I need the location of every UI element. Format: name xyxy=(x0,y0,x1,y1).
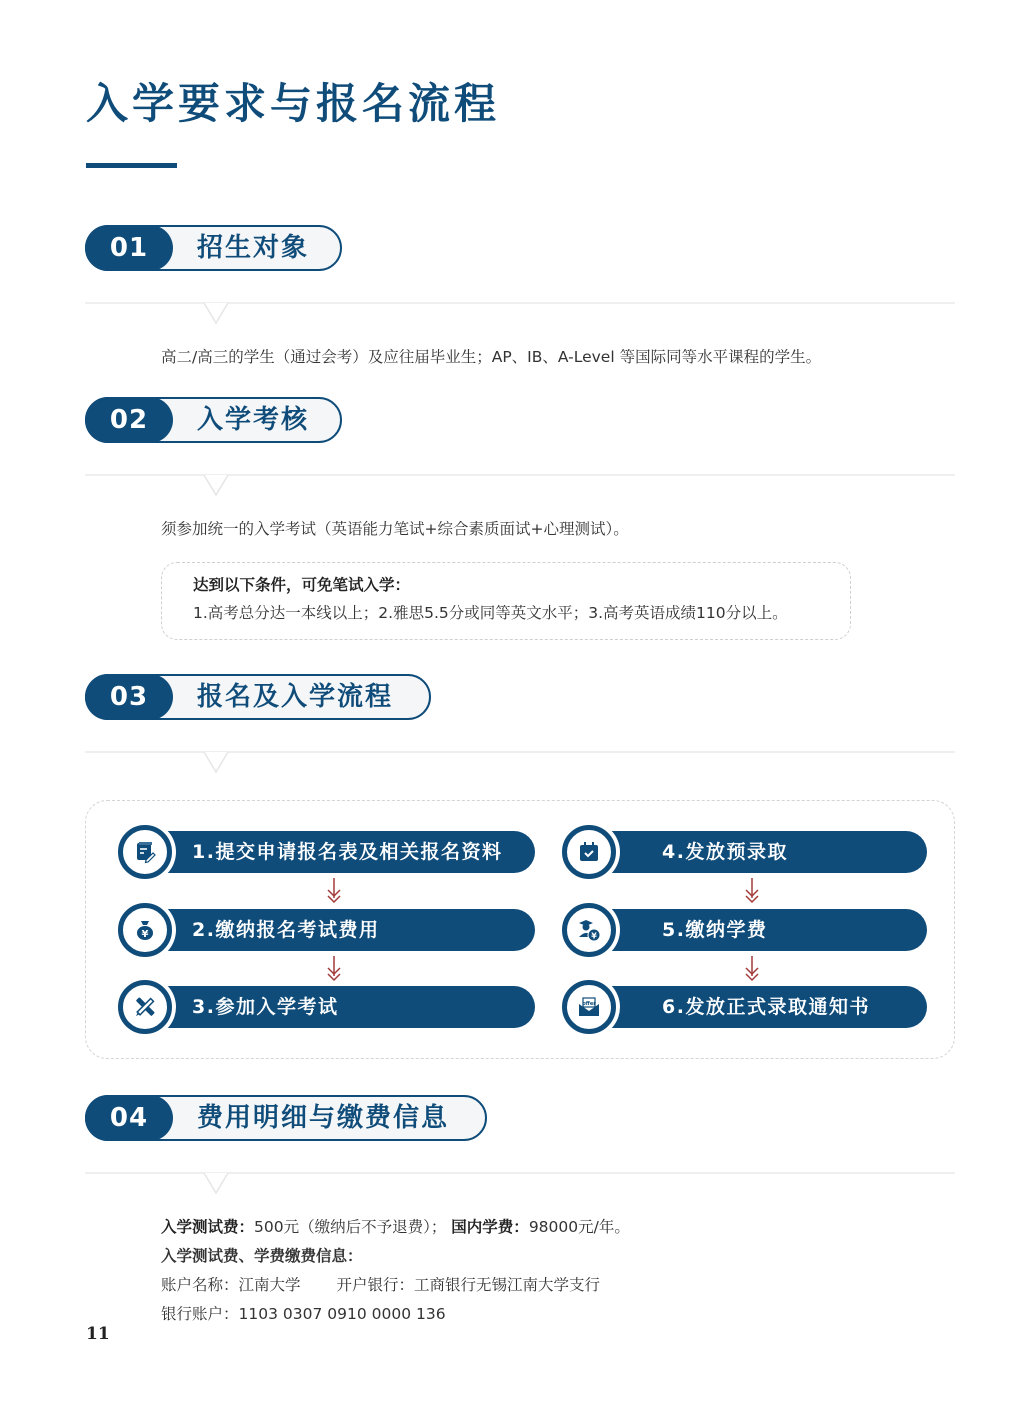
process-step-1: 1.提交申请报名表及相关报名资料 xyxy=(118,831,535,873)
account-bank-line: 账户名称：江南大学开户银行：工商银行无锡江南大学支行 xyxy=(161,1274,600,1296)
section-number: 01 xyxy=(85,225,173,271)
fee-summary-line: 入学测试费：500元（缴纳后不予退费）； 国内学费：98000元/年。 xyxy=(161,1216,630,1238)
section-number: 02 xyxy=(85,397,173,443)
form-edit-icon xyxy=(118,825,172,879)
section-divider xyxy=(85,474,955,476)
section-title: 报名及入学流程 xyxy=(197,676,393,718)
step-label: 3.参加入学考试 xyxy=(192,986,338,1028)
svg-text:¥: ¥ xyxy=(591,932,597,941)
arrow-down-icon xyxy=(326,956,342,982)
tuition-label: 国内学费： xyxy=(451,1218,529,1236)
exemption-box: 达到以下条件，可免笔试入学： 1.高考总分达一本线以上；2.雅思5.5分或同等英… xyxy=(161,562,851,640)
step-label: 5.缴纳学费 xyxy=(662,909,767,951)
section-divider xyxy=(85,302,955,304)
section-title: 费用明细与缴费信息 xyxy=(197,1097,449,1139)
exemption-conditions: 1.高考总分达一本线以上；2.雅思5.5分或同等英文水平；3.高考英语成绩110… xyxy=(193,601,788,623)
bank-name: 开户银行：工商银行无锡江南大学支行 xyxy=(337,1276,601,1294)
step-label: 4.发放预录取 xyxy=(662,831,788,873)
target-students-text: 高二/高三的学生（通过会考）及应往届毕业生；AP、IB、A-Level 等国际同… xyxy=(161,346,821,368)
account-name: 账户名称：江南大学 xyxy=(161,1276,301,1294)
section-header-03: 03 报名及入学流程 xyxy=(85,674,431,720)
arrow-down-icon xyxy=(744,878,760,904)
section-header-01: 01 招生对象 xyxy=(85,225,342,271)
arrow-down-icon xyxy=(744,956,760,982)
money-bag-yuan-icon: ¥ xyxy=(118,903,172,957)
section-divider xyxy=(85,1172,955,1174)
svg-text:¥: ¥ xyxy=(142,929,149,940)
payment-info-heading: 入学测试费、学费缴费信息： xyxy=(161,1245,363,1267)
process-step-3: 3.参加入学考试 xyxy=(118,986,535,1028)
tuition-value: 98000元/年。 xyxy=(529,1218,630,1236)
graduate-yuan-icon: ¥ xyxy=(562,903,616,957)
section-divider xyxy=(85,751,955,753)
section-header-04: 04 费用明细与缴费信息 xyxy=(85,1095,487,1141)
section-number: 03 xyxy=(85,674,173,720)
account-number: 银行账户：1103 0307 0910 0000 136 xyxy=(161,1303,446,1325)
svg-text:offer: offer xyxy=(582,1001,596,1007)
section-title: 招生对象 xyxy=(197,227,309,269)
offer-envelope-icon: offer xyxy=(562,980,616,1034)
step-label: 6.发放正式录取通知书 xyxy=(662,986,870,1028)
step-label: 1.提交申请报名表及相关报名资料 xyxy=(192,831,502,873)
section-header-02: 02 入学考核 xyxy=(85,397,342,443)
arrow-down-icon xyxy=(326,878,342,904)
process-step-5: ¥ 5.缴纳学费 xyxy=(562,909,927,951)
page-number: 11 xyxy=(86,1324,110,1344)
section-number: 04 xyxy=(85,1095,173,1141)
section-title: 入学考核 xyxy=(197,399,309,441)
page-title: 入学要求与报名流程 xyxy=(86,78,500,130)
exemption-title: 达到以下条件，可免笔试入学： xyxy=(193,573,410,595)
exam-fee-label: 入学测试费： xyxy=(161,1218,254,1236)
calendar-check-icon xyxy=(562,825,616,879)
process-step-4: 4.发放预录取 xyxy=(562,831,927,873)
pencil-ruler-icon xyxy=(118,980,172,1034)
process-step-6: offer 6.发放正式录取通知书 xyxy=(562,986,927,1028)
entrance-exam-text: 须参加统一的入学考试（英语能力笔试+综合素质面试+心理测试）。 xyxy=(161,518,629,540)
title-underline xyxy=(86,163,177,168)
process-step-2: ¥ 2.缴纳报名考试费用 xyxy=(118,909,535,951)
step-label: 2.缴纳报名考试费用 xyxy=(192,909,379,951)
exam-fee-value: 500元（缴纳后不予退费）； xyxy=(254,1218,446,1236)
